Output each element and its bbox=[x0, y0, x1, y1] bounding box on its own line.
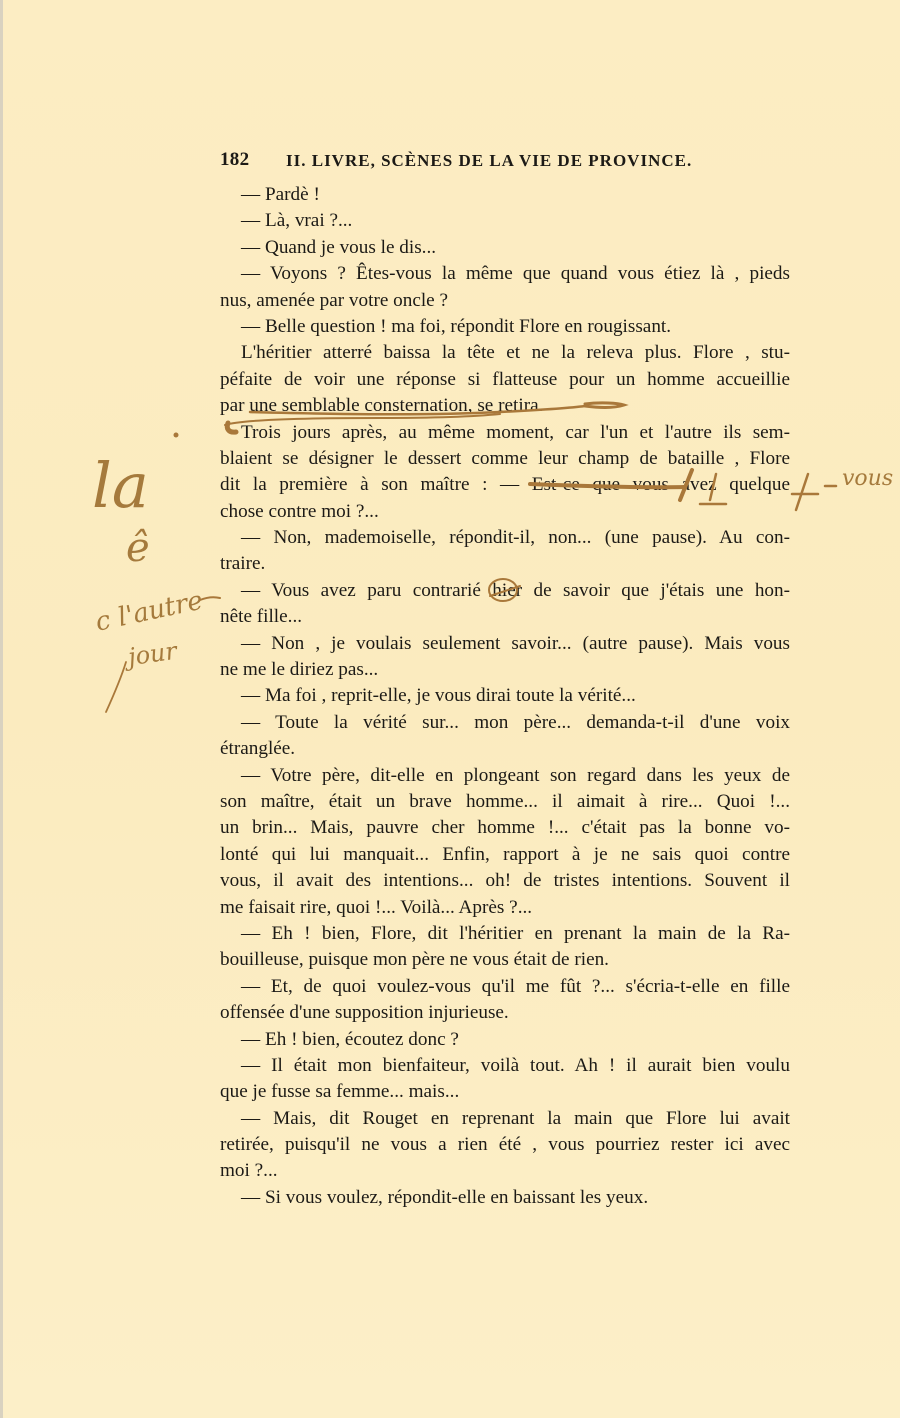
text-line: blaient se désigner le dessert comme leu… bbox=[220, 446, 790, 472]
text-line: étranglée. bbox=[220, 736, 790, 762]
text-line: nête fille... bbox=[220, 604, 790, 630]
text-line: un brin... Mais, pauvre cher homme !... … bbox=[220, 815, 790, 841]
body-text: — Pardè !— Là, vrai ?...— Quand je vous … bbox=[220, 182, 790, 1211]
text-line: chose contre moi ?... bbox=[220, 499, 790, 525]
text-line: — Belle question ! ma foi, répondit Flor… bbox=[220, 314, 790, 340]
page-number: 182 bbox=[220, 149, 249, 171]
text-line: lonté qui lui manquait... Enfin, rapport… bbox=[220, 842, 790, 868]
text-line: ne me le diriez pas... bbox=[220, 657, 790, 683]
text-line: offensée d'une supposition injurieuse. bbox=[220, 1000, 790, 1026]
text-line: — Eh ! bien, écoutez donc ? bbox=[220, 1027, 790, 1053]
text-line: — Il était mon bienfaiteur, voilà tout. … bbox=[220, 1053, 790, 1079]
text-line: péfaite de voir une réponse si flatteuse… bbox=[220, 367, 790, 393]
text-line: moi ?... bbox=[220, 1158, 790, 1184]
text-line: — Et, de quoi voulez-vous qu'il me fût ?… bbox=[220, 974, 790, 1000]
margin-note-la: la bbox=[92, 455, 149, 517]
text-line: traire. bbox=[220, 551, 790, 577]
text-line: nus, amenée par votre oncle ? bbox=[220, 288, 790, 314]
text-line: — Toute la vérité sur... mon père... dem… bbox=[220, 710, 790, 736]
text-line: — Voyons ? Êtes-vous la même que quand v… bbox=[220, 261, 790, 287]
text-line: Trois jours après, au même moment, car l… bbox=[220, 420, 790, 446]
text-line: vous, il avait des intentions... oh! de … bbox=[220, 868, 790, 894]
text-line: dit la première à son maître : — Est-ce … bbox=[220, 472, 790, 498]
margin-note-e: ê bbox=[126, 528, 150, 568]
margin-note-vous: vous bbox=[842, 468, 893, 490]
text-line: retirée, puisqu'il ne vous a rien été , … bbox=[220, 1132, 790, 1158]
text-line: que je fusse sa femme... mais... bbox=[220, 1079, 790, 1105]
running-header: 182 II. LIVRE, SCÈNES DE LA VIE DE PROVI… bbox=[220, 147, 790, 173]
text-line: — Pardè ! bbox=[220, 182, 790, 208]
book-page: 182 II. LIVRE, SCÈNES DE LA VIE DE PROVI… bbox=[0, 0, 900, 1418]
text-line: — Votre père, dit-elle en plongeant son … bbox=[220, 763, 790, 789]
running-head-title: II. LIVRE, SCÈNES DE LA VIE DE PROVINCE. bbox=[286, 151, 692, 171]
text-line: — Non , je voulais seulement savoir... (… bbox=[220, 631, 790, 657]
text-line: — Eh ! bien, Flore, dit l'héritier en pr… bbox=[220, 921, 790, 947]
text-line: — Mais, dit Rouget en reprenant la main … bbox=[220, 1106, 790, 1132]
page-edge bbox=[0, 0, 3, 1418]
text-line: son maître, était un brave homme... il a… bbox=[220, 789, 790, 815]
text-line: — Non, mademoiselle, répondit-il, non...… bbox=[220, 525, 790, 551]
text-line: — Quand je vous le dis... bbox=[220, 235, 790, 261]
text-line: — Vous avez paru contrarié hier de savoi… bbox=[220, 578, 790, 604]
text-line: par une semblable consternation, se reti… bbox=[220, 393, 790, 419]
text-line: — Là, vrai ?... bbox=[220, 208, 790, 234]
text-line: L'héritier atterré baissa la tête et ne … bbox=[220, 340, 790, 366]
margin-note-lautre: c l'autre bbox=[93, 588, 205, 636]
text-line: me faisait rire, quoi !... Voilà... Aprè… bbox=[220, 895, 790, 921]
text-line: bouilleuse, puisque mon père ne vous éta… bbox=[220, 947, 790, 973]
text-line: — Ma foi , reprit-elle, je vous dirai to… bbox=[220, 683, 790, 709]
text-line: — Si vous voulez, répondit-elle en baiss… bbox=[220, 1185, 790, 1211]
margin-note-jour: jour bbox=[127, 639, 179, 670]
